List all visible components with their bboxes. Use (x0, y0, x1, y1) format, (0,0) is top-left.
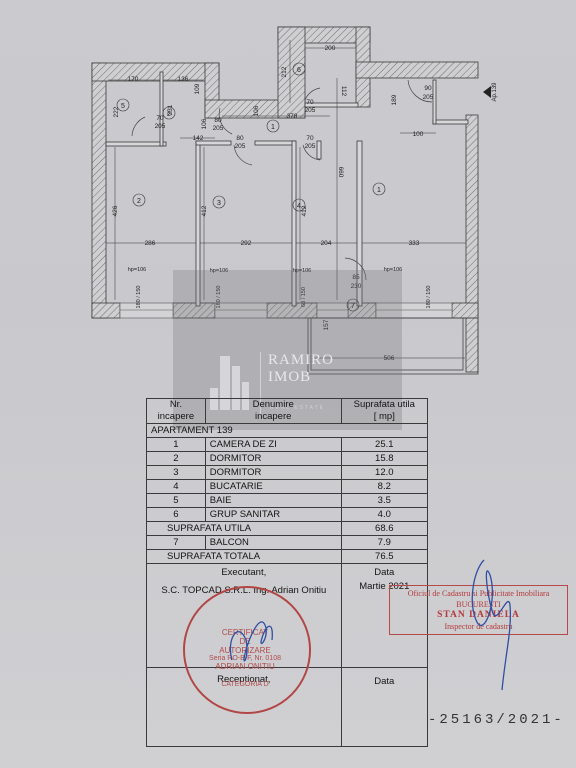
room-label-3: 3 (217, 200, 221, 207)
wall (466, 115, 478, 372)
partition (255, 141, 295, 145)
wall (92, 63, 106, 318)
dim-106b: 106 (253, 105, 260, 116)
ocpi-office: Oficiul de Cadastru si Publicitate Imobi… (390, 588, 567, 599)
balcony-row: 7BALCON7.9 (147, 536, 428, 550)
table-row: 4BUCATARIE8.2 (147, 480, 428, 494)
header-name: Denumireincapere (205, 399, 341, 424)
watermark-line2: IMOB (268, 369, 334, 386)
door-width: 90 (424, 85, 432, 92)
ocpi-inspector-role: Inspector de cadastru (390, 621, 567, 632)
authorization-stamp: CERTIFICAT DE AUTORIZARE Seria RO-B-F, N… (183, 586, 311, 714)
room-label-5: 5 (121, 103, 125, 110)
executant-label: Executant, (151, 567, 337, 579)
wall (452, 303, 478, 318)
dim-136: 136 (178, 76, 189, 83)
stamp-line: Seria RO-B-F, Nr. 0108 (195, 655, 295, 662)
wall (92, 63, 219, 81)
table-row: 5BAIE3.5 (147, 494, 428, 508)
door-width: 70 (306, 135, 314, 142)
partition (317, 141, 321, 159)
table-row: 2DORMITOR15.8 (147, 452, 428, 466)
dim-189: 189 (391, 94, 398, 105)
apartment-label: Ap.139 (492, 82, 498, 102)
door-width: 70 (306, 99, 314, 106)
partition (433, 80, 436, 124)
dim-378: 378 (287, 113, 298, 120)
dim-286: 286 (145, 240, 156, 247)
dim-142: 142 (193, 135, 204, 142)
header-area: Suprafata utila[ mp] (341, 399, 427, 424)
stamp-line: ADRIAN ONITIU (195, 662, 295, 671)
room-label-2: 2 (137, 198, 141, 205)
door-width: 80 (236, 135, 244, 142)
dim-170: 170 (128, 76, 139, 83)
section-label: APARTAMENT 139 (147, 424, 428, 438)
watermark-line1: RAMIRO (268, 352, 334, 369)
header-nr: Nr.incapere (147, 399, 206, 424)
watermark-text: RAMIRO IMOB (268, 352, 334, 386)
dim-222: 222 (113, 106, 120, 117)
registration-number: -25163/2021- (428, 712, 565, 728)
dim-660: 660 (337, 167, 344, 178)
dim-412b: 412 (301, 205, 308, 216)
executant-date-label: Data (346, 567, 423, 579)
door-height: 205 (305, 143, 316, 150)
entrance-arrow-icon (483, 86, 491, 98)
door-height: 205 (305, 107, 316, 114)
window-size: 180 / 150 (136, 286, 142, 309)
table-row: 3DORMITOR12.0 (147, 466, 428, 480)
room-label-1: 1 (377, 187, 381, 194)
wall (92, 303, 120, 318)
stamp-category: CATEGORIA D (195, 681, 295, 688)
dim-200: 200 (325, 45, 336, 52)
stamp-line: CERTIFICAT (195, 628, 295, 637)
dim-412a: 412 (201, 205, 208, 216)
stamp-line: AUTORIZARE (195, 646, 295, 655)
door-width: 80 (214, 117, 222, 124)
partition (160, 72, 163, 146)
window (120, 303, 173, 318)
dim-106a: 106 (201, 118, 208, 129)
receptionat-date-label: Data (346, 676, 423, 688)
door-height: 205 (213, 125, 224, 132)
ocpi-inspector-name: STAN DANIELA (390, 610, 567, 621)
door-height: 205 (155, 123, 166, 130)
dim-112: 112 (340, 86, 347, 97)
table-row: 6GRUP SANITAR4.0 (147, 508, 428, 522)
partition (433, 120, 468, 124)
dim-212: 212 (281, 66, 288, 77)
partition (106, 142, 166, 146)
door-height: 205 (423, 94, 434, 101)
dim-292: 292 (241, 240, 252, 247)
room-label-6: 6 (297, 67, 301, 74)
door-swing (132, 117, 145, 136)
ocpi-city: BUCURESTI (390, 599, 567, 610)
table-row: 1CAMERA DE ZI25.1 (147, 438, 428, 452)
ocpi-stamp: Oficiul de Cadastru si Publicitate Imobi… (389, 585, 568, 635)
dim-100: 100 (413, 131, 424, 138)
dim-333: 333 (409, 240, 420, 247)
dim-109: 109 (194, 83, 201, 94)
total-row: SUPRAFATA TOTALA76.5 (147, 550, 428, 564)
dim-231: 231 (167, 104, 174, 115)
window-sill-height: hp=106 (128, 267, 147, 273)
door-height: 205 (235, 143, 246, 150)
subtotal-row: SUPRAFATA UTILA68.6 (147, 522, 428, 536)
door-width: 70 (156, 115, 164, 122)
window-size: 180 / 150 (426, 286, 432, 309)
dim-204: 204 (321, 240, 332, 247)
stamp-line: DE (195, 637, 295, 646)
wall (356, 62, 478, 78)
dim-426: 426 (112, 205, 119, 216)
room-label-hall-1: 1 (271, 124, 275, 131)
